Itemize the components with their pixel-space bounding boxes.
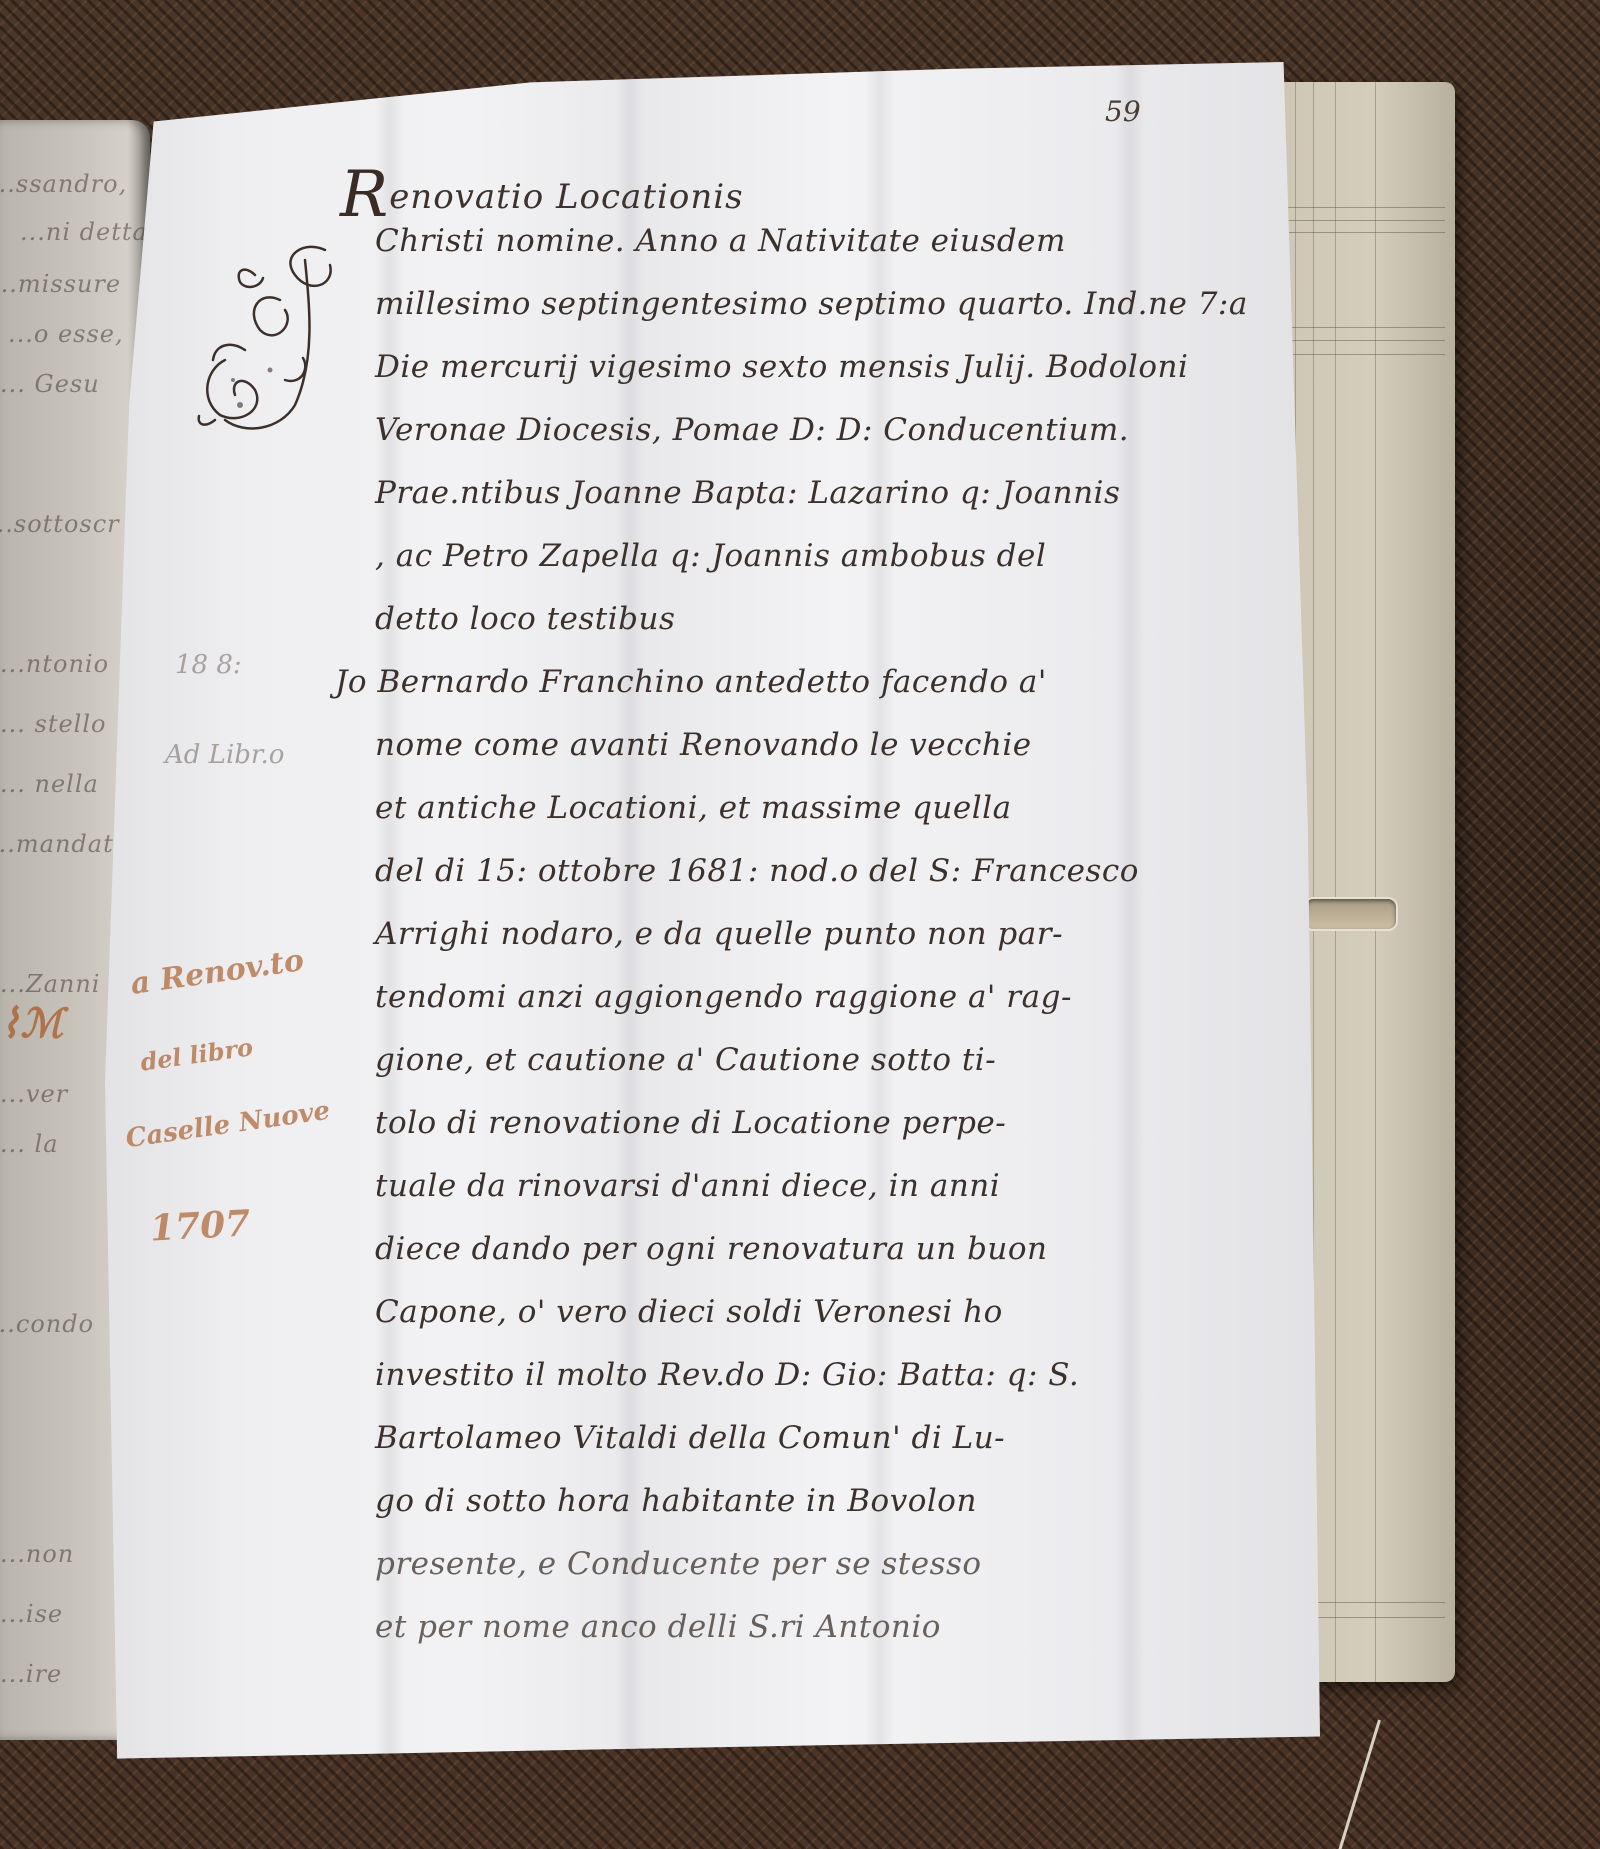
- text-line: tendomi anzi aggiongendo raggione a' rag…: [375, 966, 1235, 1029]
- margin-note: Ad Libr.o: [165, 740, 284, 770]
- text-line: nome come avanti Renovando le vecchie: [375, 714, 1235, 777]
- left-page-fragment: ...ver: [0, 1080, 68, 1108]
- left-page-fragment: ...mandato: [0, 830, 129, 858]
- left-page-fragment: ...o esse,: [8, 320, 124, 348]
- text-line: presente, e Conducente per se stesso: [375, 1533, 1235, 1596]
- document-body: Christi nomine. Anno a Nativitate eiusde…: [375, 210, 1235, 1659]
- margin-note-year: 1707: [149, 1202, 251, 1249]
- text-line: Arrighi nodaro, e da quelle punto non pa…: [375, 903, 1235, 966]
- left-page-fragment: ...Zanni: [0, 970, 100, 998]
- decorative-initial-icon: [185, 230, 365, 440]
- left-page-red-mark: ⌇ℳ: [0, 1000, 64, 1047]
- text-line: Christi nomine. Anno a Nativitate eiusde…: [375, 210, 1235, 273]
- text-line: Bartolameo Vitaldi della Comun' di Lu-: [375, 1407, 1235, 1470]
- text-line: tuale da rinovarsi d'anni diece, in anni: [375, 1155, 1235, 1218]
- left-page-fragment: ...ssandro,: [0, 170, 127, 198]
- clasp-slot: [1303, 897, 1398, 931]
- left-page-fragment: ...missure: [0, 270, 121, 298]
- left-page-fragment: ...sottoscr: [0, 510, 120, 538]
- page-number: 59: [1105, 95, 1141, 128]
- text-line: Prae.ntibus Joanne Bapta: Lazarino q: Jo…: [375, 462, 1235, 525]
- left-page-fragment: ...ni detta: [20, 218, 148, 246]
- text-line: , ac Petro Zapella q: Joannis ambobus de…: [375, 525, 1235, 588]
- text-line: Veronae Diocesis, Pomae D: D: Conducenti…: [375, 399, 1235, 462]
- left-page-fragment: ... stello: [0, 710, 106, 738]
- text-line: del di 15: ottobre 1681: nod.o del S: Fr…: [375, 840, 1235, 903]
- text-line: tolo di renovatione di Locatione perpe-: [375, 1092, 1235, 1155]
- left-page-fragment: ...non: [0, 1540, 74, 1568]
- text-line: Jo Bernardo Franchino antedetto facendo …: [335, 651, 1235, 714]
- text-line: detto loco testibus: [375, 588, 1235, 651]
- left-page-fragment: ...ire: [0, 1660, 62, 1688]
- left-page-fragment: ... Gesu: [0, 370, 100, 398]
- text-line: gione, et cautione a' Cautione sotto ti-: [375, 1029, 1235, 1092]
- left-page-fragment: ...ntonio: [0, 650, 109, 678]
- left-page-fragment: ... nella: [0, 770, 99, 798]
- text-line: Capone, o' vero dieci soldi Veronesi ho: [375, 1281, 1235, 1344]
- text-line: et per nome anco delli S.ri Antonio: [375, 1596, 1235, 1659]
- left-page-fragment: ...condo: [0, 1310, 94, 1338]
- text-line: go di sotto hora habitante in Bovolon: [375, 1470, 1235, 1533]
- text-line: et antiche Locationi, et massime quella: [375, 777, 1235, 840]
- text-line: investito il molto Rev.do D: Gio: Batta:…: [375, 1344, 1235, 1407]
- bookmark-string: [1337, 1720, 1381, 1849]
- margin-note: 18 8:: [175, 650, 242, 680]
- text-line: Die mercurij vigesimo sexto mensis Julij…: [375, 336, 1235, 399]
- left-page-fragment: ...ise: [0, 1600, 63, 1628]
- text-line: diece dando per ogni renovatura un buon: [375, 1218, 1235, 1281]
- text-line: millesimo septingentesimo septimo quarto…: [375, 273, 1235, 336]
- left-page-fragment: ... la: [0, 1130, 59, 1158]
